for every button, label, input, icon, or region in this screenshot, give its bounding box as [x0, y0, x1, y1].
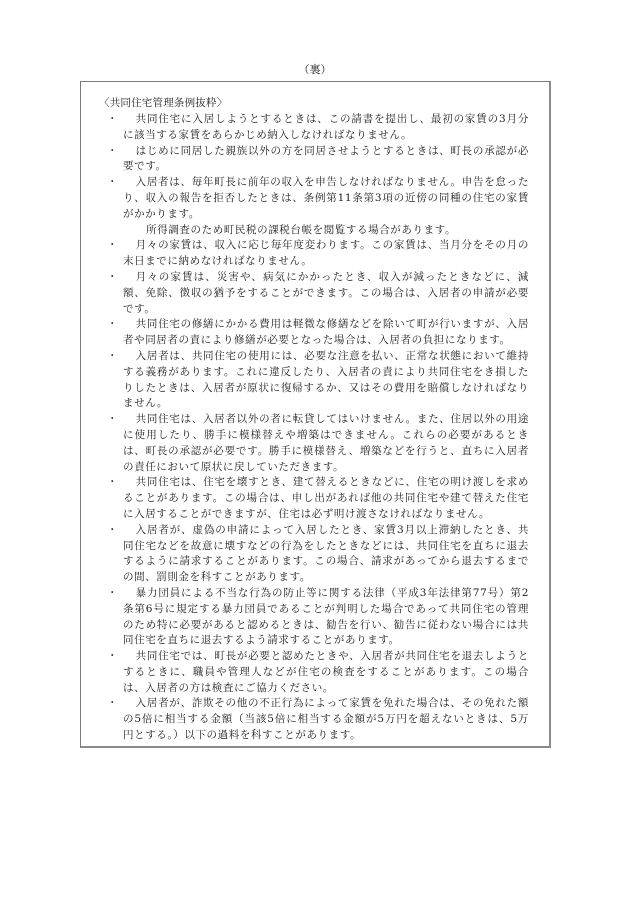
list-item: ・入居者は、共同住宅の使用には、必要な注意を払い、正常な状態において維持する義務… — [105, 349, 529, 412]
list-item-note: 所得調査のため町民税の課税台帳を閲覧する場合があります。 — [105, 223, 529, 239]
bullet-icon: ・ — [107, 523, 118, 539]
bullet-icon: ・ — [107, 238, 118, 254]
list-item: ・月々の家賃は、収入に応じ毎年度変わります。この家賃は、当月分をその月の末日まで… — [105, 238, 529, 270]
list-item: ・月々の家賃は、災害や、病気にかかったとき、収入が減ったときなどに、減額、免除、… — [105, 270, 529, 317]
list-item: ・共同住宅では、町長が必要と認めたときや、入居者が共同住宅を退去しようとするとき… — [105, 649, 529, 696]
bullet-icon: ・ — [107, 270, 118, 286]
bullet-icon: ・ — [107, 349, 118, 365]
list-item: ・共同住宅に入居しようとするときは、この請書を提出し、最初の家賃の3月分に該当す… — [105, 112, 529, 144]
list-item: ・入居者が、詐欺その他の不正行為によって家賃を免れた場合は、その免れた額の5倍に… — [105, 696, 529, 743]
list-item: ・共同住宅は、入居者以外の者に転貸してはいけません。また、住居以外の用途に使用し… — [105, 412, 529, 475]
bullet-icon: ・ — [107, 144, 118, 160]
list-item: ・暴力団員による不当な行為の防止等に関する法律（平成3年法律第77号）第2条第6… — [105, 586, 529, 649]
bullet-icon: ・ — [107, 696, 118, 712]
bullet-icon: ・ — [107, 317, 118, 333]
list-item: ・はじめに同居した親族以外の方を同居させようとするときは、町長の承認が必要です。 — [105, 144, 529, 176]
regulation-list: ・共同住宅に入居しようとするときは、この請書を提出し、最初の家賃の3月分に該当す… — [105, 112, 529, 744]
list-item: ・共同住宅の修繕にかかる費用は軽微な修繕などを除いて町が行いますが、入居者や同居… — [105, 317, 529, 349]
page-side-label: （裏） — [0, 63, 630, 77]
bullet-icon: ・ — [107, 175, 118, 191]
regulation-excerpt-box: 〈共同住宅管理条例抜粋〉 ・共同住宅に入居しようとするときは、この請書を提出し、… — [80, 81, 551, 748]
bullet-icon: ・ — [107, 475, 118, 491]
bullet-icon: ・ — [107, 412, 118, 428]
bullet-icon: ・ — [107, 586, 118, 602]
list-item: ・入居者は、毎年町長に前年の収入を申告しなければなりません。申告を怠ったり、収入… — [105, 175, 529, 222]
excerpt-heading: 〈共同住宅管理条例抜粋〉 — [99, 96, 227, 112]
bullet-icon: ・ — [107, 112, 118, 128]
list-item: ・入居者が、虚偽の申請によって入居したとき、家賃3月以上滞納したとき、共同住宅な… — [105, 523, 529, 586]
bullet-icon: ・ — [107, 649, 118, 665]
list-item: ・共同住宅は、住宅を壊すとき、建て替えるときなどに、住宅の明け渡しを求めることが… — [105, 475, 529, 522]
